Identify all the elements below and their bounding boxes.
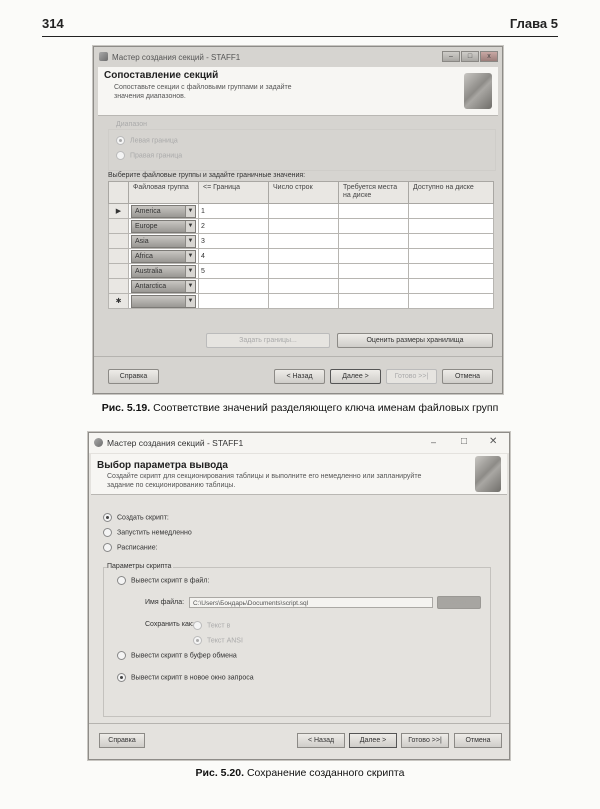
filegroup-cell[interactable]: Asia▼ (129, 234, 199, 249)
radio-indicator (193, 636, 202, 645)
wizard-banner: Сопоставление секций Сопоставьте секции … (98, 67, 498, 116)
required-space-cell (339, 219, 409, 234)
row-count-cell (269, 234, 339, 249)
partition-mapping-dialog: Мастер создания секций - STAFF1 – □ x Со… (93, 46, 503, 394)
radio-script-to-clipboard[interactable]: Вывести скрипт в буфер обмена (117, 651, 237, 660)
row-header[interactable] (109, 249, 129, 264)
window-title: Мастер создания секций - STAFF1 (112, 53, 240, 62)
radio-indicator (116, 151, 125, 160)
required-space-cell (339, 279, 409, 294)
chevron-down-icon[interactable]: ▼ (185, 266, 195, 277)
row-header[interactable] (109, 264, 129, 279)
finish-button[interactable]: Готово >>| (386, 369, 437, 384)
row-count-cell (269, 294, 339, 309)
boundary-cell[interactable]: 5 (199, 264, 269, 279)
minimize-button[interactable]: – (442, 51, 460, 62)
chevron-down-icon[interactable]: ▼ (185, 281, 195, 292)
filegroup-cell[interactable]: America▼ (129, 204, 199, 219)
available-space-cell (409, 279, 494, 294)
radio-indicator (117, 651, 126, 660)
filegroup-combobox[interactable]: America▼ (131, 205, 196, 218)
page-header: 314 Глава 5 (42, 16, 558, 37)
figure-caption-5-20: Рис. 5.20. Сохранение созданного скрипта (0, 767, 600, 779)
chevron-down-icon[interactable]: ▼ (185, 236, 195, 247)
table-row[interactable]: ▶America▼1 (109, 204, 494, 219)
filegroup-cell[interactable]: Africa▼ (129, 249, 199, 264)
range-group-label: Диапазон (116, 121, 147, 128)
radio-create-script[interactable]: Создать скрипт: (103, 513, 169, 522)
col-filegroup: Файловая группа (129, 182, 199, 204)
col-required-space: Требуется места на диске (339, 182, 409, 204)
minimize-button[interactable]: – (431, 437, 436, 447)
radio-run-immediately[interactable]: Запустить немедленно (103, 528, 192, 537)
browse-button[interactable]: Обзор... (437, 596, 481, 609)
wizard-banner: Выбор параметра вывода Создайте скрипт д… (91, 454, 507, 495)
filename-input[interactable]: C:\Users\Бондарь\Documents\script.sql (189, 597, 433, 608)
boundary-cell[interactable]: 4 (199, 249, 269, 264)
title-bar: Мастер создания секций - STAFF1 (94, 47, 502, 67)
required-space-cell (339, 204, 409, 219)
row-count-cell (269, 279, 339, 294)
radio-save-unicode[interactable]: Текст в (193, 621, 230, 630)
row-header[interactable]: ▶ (109, 204, 129, 219)
row-header-corner (109, 182, 129, 204)
chevron-down-icon[interactable]: ▼ (185, 296, 195, 307)
row-header[interactable] (109, 234, 129, 249)
filegroup-combobox[interactable]: ▼ (131, 295, 196, 308)
chapter-title: Глава 5 (510, 16, 558, 31)
chevron-down-icon[interactable]: ▼ (185, 221, 195, 232)
filegroup-value: America (132, 208, 185, 215)
footer-divider (94, 356, 502, 357)
app-icon (99, 52, 108, 61)
next-button[interactable]: Далее > (330, 369, 381, 384)
table-row[interactable]: Antarctica▼ (109, 279, 494, 294)
filegroup-value: Australia (132, 268, 185, 275)
boundary-cell[interactable] (199, 279, 269, 294)
boundary-cell[interactable]: 3 (199, 234, 269, 249)
back-button[interactable]: < Назад (274, 369, 325, 384)
cancel-button[interactable]: Отмена (442, 369, 493, 384)
filename-label: Имя файла: (145, 599, 184, 606)
row-count-cell (269, 219, 339, 234)
filegroup-cell[interactable]: Antarctica▼ (129, 279, 199, 294)
table-row[interactable]: ✱▼ (109, 294, 494, 309)
set-boundaries-button[interactable]: Задать границы... (206, 333, 330, 348)
filegroup-value: Africa (132, 253, 185, 260)
finish-button[interactable]: Готово >>| (401, 733, 449, 748)
banner-description: Сопоставьте секции с файловыми группами … (114, 83, 304, 101)
chevron-down-icon[interactable]: ▼ (185, 251, 195, 262)
radio-indicator (103, 528, 112, 537)
row-header[interactable]: ✱ (109, 294, 129, 309)
table-row[interactable]: Asia▼3 (109, 234, 494, 249)
filegroup-value: Antarctica (132, 283, 185, 290)
filegroup-grid: Файловая группа <= Граница Число строк Т… (108, 181, 494, 309)
required-space-cell (339, 294, 409, 309)
page-number: 314 (42, 16, 64, 31)
radio-right-boundary[interactable]: Правая граница (116, 151, 182, 160)
row-header[interactable] (109, 279, 129, 294)
wizard-cube-icon (475, 456, 501, 492)
required-space-cell (339, 234, 409, 249)
radio-indicator (193, 621, 202, 630)
chevron-down-icon[interactable]: ▼ (185, 206, 195, 217)
close-button[interactable]: ✕ (489, 436, 497, 447)
radio-indicator (117, 576, 126, 585)
cancel-button[interactable]: Отмена (454, 733, 502, 748)
script-params-label: Параметры скрипта (107, 563, 173, 570)
help-button[interactable]: Справка (108, 369, 159, 384)
radio-indicator (116, 136, 125, 145)
filegroup-combobox[interactable]: Europe▼ (131, 220, 196, 233)
filegroup-cell[interactable]: Europe▼ (129, 219, 199, 234)
save-as-label: Сохранить как: (145, 621, 194, 628)
available-space-cell (409, 219, 494, 234)
filegroup-combobox[interactable]: Asia▼ (131, 235, 196, 248)
row-count-cell (269, 249, 339, 264)
radio-script-to-file[interactable]: Вывести скрипт в файл: (117, 576, 209, 585)
boundary-cell[interactable]: 1 (199, 204, 269, 219)
filegroup-value: Europe (132, 223, 185, 230)
radio-indicator (117, 673, 126, 682)
row-count-cell (269, 204, 339, 219)
wizard-cube-icon (464, 73, 492, 109)
radio-schedule[interactable]: Расписание: (103, 543, 158, 552)
available-space-cell (409, 234, 494, 249)
maximize-button[interactable]: □ (461, 51, 479, 62)
available-space-cell (409, 264, 494, 279)
figure-caption-5-19: Рис. 5.19. Соответствие значений разделя… (0, 402, 600, 414)
back-button[interactable]: < Назад (297, 733, 345, 748)
maximize-button[interactable]: □ (461, 436, 467, 447)
title-bar: Мастер создания секций - STAFF1 (89, 433, 509, 453)
filegroup-combobox[interactable]: Antarctica▼ (131, 280, 196, 293)
row-header[interactable] (109, 219, 129, 234)
required-space-cell (339, 249, 409, 264)
footer-divider (89, 723, 509, 724)
available-space-cell (409, 249, 494, 264)
close-button[interactable]: x (480, 51, 498, 62)
filegroup-combobox[interactable]: Africa▼ (131, 250, 196, 263)
filegroup-cell[interactable]: Australia▼ (129, 264, 199, 279)
radio-left-boundary[interactable]: Левая граница (116, 136, 178, 145)
banner-description: Создайте скрипт для секционирования табл… (107, 472, 447, 490)
col-boundary: <= Граница (199, 182, 269, 204)
radio-indicator (103, 543, 112, 552)
script-params-group (103, 567, 491, 717)
boundary-cell[interactable] (199, 294, 269, 309)
radio-save-ansi[interactable]: Текст ANSI (193, 636, 243, 645)
col-row-count: Число строк (269, 182, 339, 204)
table-row[interactable]: Australia▼5 (109, 264, 494, 279)
filegroup-value: Asia (132, 238, 185, 245)
grid-label: Выберите файловые группы и задайте грани… (108, 172, 305, 179)
filegroup-cell[interactable]: ▼ (129, 294, 199, 309)
output-option-dialog: Мастер создания секций - STAFF1 – □ ✕ Вы… (88, 432, 510, 760)
filegroup-combobox[interactable]: Australia▼ (131, 265, 196, 278)
available-space-cell (409, 294, 494, 309)
row-count-cell (269, 264, 339, 279)
estimate-storage-button[interactable]: Оценить размеры хранилища (337, 333, 493, 348)
help-button[interactable]: Справка (99, 733, 145, 748)
boundary-cell[interactable]: 2 (199, 219, 269, 234)
banner-title: Выбор параметра вывода (97, 460, 228, 471)
radio-indicator (103, 513, 112, 522)
table-row[interactable]: Europe▼2 (109, 219, 494, 234)
col-available-space: Доступно на диске (409, 182, 494, 204)
window-title: Мастер создания секций - STAFF1 (107, 438, 243, 448)
banner-title: Сопоставление секций (104, 70, 218, 81)
available-space-cell (409, 204, 494, 219)
radio-script-to-new-query[interactable]: Вывести скрипт в новое окно запроса (117, 673, 254, 682)
table-row[interactable]: Africa▼4 (109, 249, 494, 264)
next-button[interactable]: Далее > (349, 733, 397, 748)
required-space-cell (339, 264, 409, 279)
app-icon (94, 438, 103, 447)
